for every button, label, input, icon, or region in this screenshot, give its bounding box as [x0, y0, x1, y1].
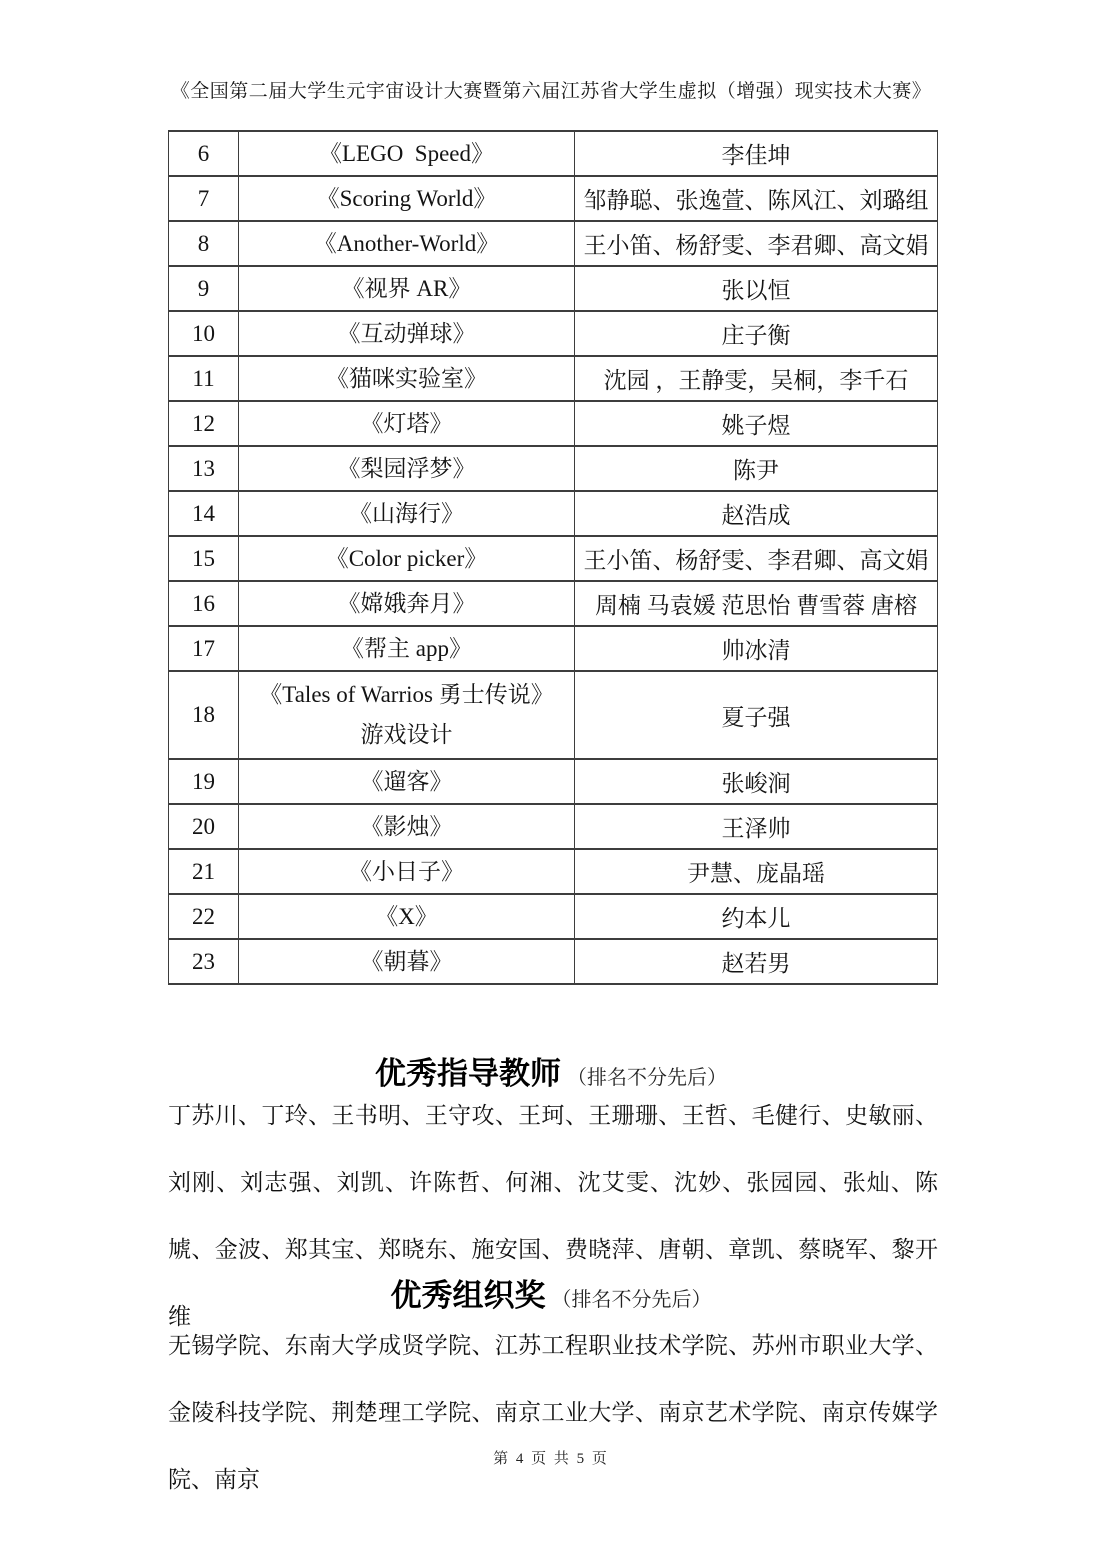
authors: 周楠 马袁媛 范思怡 曹雪蓉 唐榕	[575, 581, 938, 626]
table-row: 13 《梨园浮梦》 陈尹	[169, 446, 938, 491]
table-row: 16 《嫦娥奔月》 周楠 马袁媛 范思怡 曹雪蓉 唐榕	[169, 581, 938, 626]
work-title: 《小日子》	[239, 849, 575, 894]
work-title: 《Scoring World》	[239, 176, 575, 221]
table-row: 6 《LEGO Speed》 李佳坤	[169, 131, 938, 176]
work-title: 《互动弹球》	[239, 311, 575, 356]
document-page: 《全国第二届大学生元宇宙设计大赛暨第六届江苏省大学生虚拟（增强）现实技术大赛》 …	[0, 0, 1102, 1559]
work-title: 《灯塔》	[239, 401, 575, 446]
table-row: 20 《影烛》 王泽帅	[169, 804, 938, 849]
authors: 张以恒	[575, 266, 938, 311]
authors: 约本儿	[575, 894, 938, 939]
work-title: 《Tales of Warrios 勇士传说》 游戏设计	[239, 671, 575, 759]
table-row: 12 《灯塔》 姚子煜	[169, 401, 938, 446]
work-title: 《X》	[239, 894, 575, 939]
organizations-list: 无锡学院、东南大学成贤学院、江苏工程职业技术学院、苏州市职业大学、金陵科技学院、…	[168, 1312, 938, 1513]
row-number: 22	[169, 894, 239, 939]
row-number: 6	[169, 131, 239, 176]
work-title: 《帮主 app》	[239, 626, 575, 671]
section-title: 优秀组织奖	[391, 1278, 546, 1313]
work-title: 《Color picker》	[239, 536, 575, 581]
table-row: 7 《Scoring World》 邹静聪、张逸萱、陈风江、刘璐组	[169, 176, 938, 221]
work-title: 《嫦娥奔月》	[239, 581, 575, 626]
row-number: 13	[169, 446, 239, 491]
row-number: 11	[169, 356, 239, 401]
row-number: 8	[169, 221, 239, 266]
authors: 邹静聪、张逸萱、陈风江、刘璐组	[575, 176, 938, 221]
work-title: 《视界 AR》	[239, 266, 575, 311]
table-row: 19 《遛客》 张峻涧	[169, 759, 938, 804]
row-number: 20	[169, 804, 239, 849]
doc-title: 《全国第二届大学生元宇宙设计大赛暨第六届江苏省大学生虚拟（增强）现实技术大赛》	[171, 81, 932, 102]
row-number: 7	[169, 176, 239, 221]
row-number: 14	[169, 491, 239, 536]
authors: 王小笛、杨舒雯、李君卿、高文娟	[575, 221, 938, 266]
row-number: 10	[169, 311, 239, 356]
winners-table: 6 《LEGO Speed》 李佳坤 7 《Scoring World》 邹静聪…	[168, 130, 938, 985]
row-number: 12	[169, 401, 239, 446]
work-title: 《影烛》	[239, 804, 575, 849]
authors: 姚子煜	[575, 401, 938, 446]
page-footer: 第 4 页 共 5 页	[0, 1447, 1102, 1468]
authors: 帅冰清	[575, 626, 938, 671]
authors: 王泽帅	[575, 804, 938, 849]
authors: 陈尹	[575, 446, 938, 491]
table-row: 11 《猫咪实验室》 沈园 ，王静雯，吴桐，李千石	[169, 356, 938, 401]
work-title: 《Another-World》	[239, 221, 575, 266]
row-number: 17	[169, 626, 239, 671]
doc-header: 《全国第二届大学生元宇宙设计大赛暨第六届江苏省大学生虚拟（增强）现实技术大赛》	[0, 76, 1102, 103]
work-title: 《遛客》	[239, 759, 575, 804]
work-title: 《梨园浮梦》	[239, 446, 575, 491]
table-row: 8 《Another-World》 王小笛、杨舒雯、李君卿、高文娟	[169, 221, 938, 266]
table-row: 14 《山海行》 赵浩成	[169, 491, 938, 536]
table-row: 17 《帮主 app》 帅冰清	[169, 626, 938, 671]
section-subtitle: （排名不分先后）	[552, 1289, 712, 1311]
table-row: 15 《Color picker》 王小笛、杨舒雯、李君卿、高文娟	[169, 536, 938, 581]
work-title: 《山海行》	[239, 491, 575, 536]
row-number: 15	[169, 536, 239, 581]
page-number: 第 4 页 共 5 页	[493, 1451, 609, 1467]
row-number: 18	[169, 671, 239, 759]
work-title: 《朝暮》	[239, 939, 575, 984]
row-number: 21	[169, 849, 239, 894]
authors: 夏子强	[575, 671, 938, 759]
table-row: 10 《互动弹球》 庄子衡	[169, 311, 938, 356]
authors: 尹慧、庞晶瑶	[575, 849, 938, 894]
authors: 李佳坤	[575, 131, 938, 176]
row-number: 23	[169, 939, 239, 984]
table-row: 22 《X》 约本儿	[169, 894, 938, 939]
table-row: 23 《朝暮》 赵若男	[169, 939, 938, 984]
authors: 沈园 ，王静雯，吴桐，李千石	[575, 356, 938, 401]
table-row: 9 《视界 AR》 张以恒	[169, 266, 938, 311]
section-head-organizations: 优秀组织奖（排名不分先后）	[0, 1270, 1102, 1315]
authors: 张峻涧	[575, 759, 938, 804]
row-number: 19	[169, 759, 239, 804]
row-number: 16	[169, 581, 239, 626]
row-number: 9	[169, 266, 239, 311]
work-title: 《猫咪实验室》	[239, 356, 575, 401]
table-row: 18 《Tales of Warrios 勇士传说》 游戏设计 夏子强	[169, 671, 938, 759]
authors: 庄子衡	[575, 311, 938, 356]
authors: 赵浩成	[575, 491, 938, 536]
authors: 王小笛、杨舒雯、李君卿、高文娟	[575, 536, 938, 581]
authors: 赵若男	[575, 939, 938, 984]
work-title: 《LEGO Speed》	[239, 131, 575, 176]
table-row: 21 《小日子》 尹慧、庞晶瑶	[169, 849, 938, 894]
